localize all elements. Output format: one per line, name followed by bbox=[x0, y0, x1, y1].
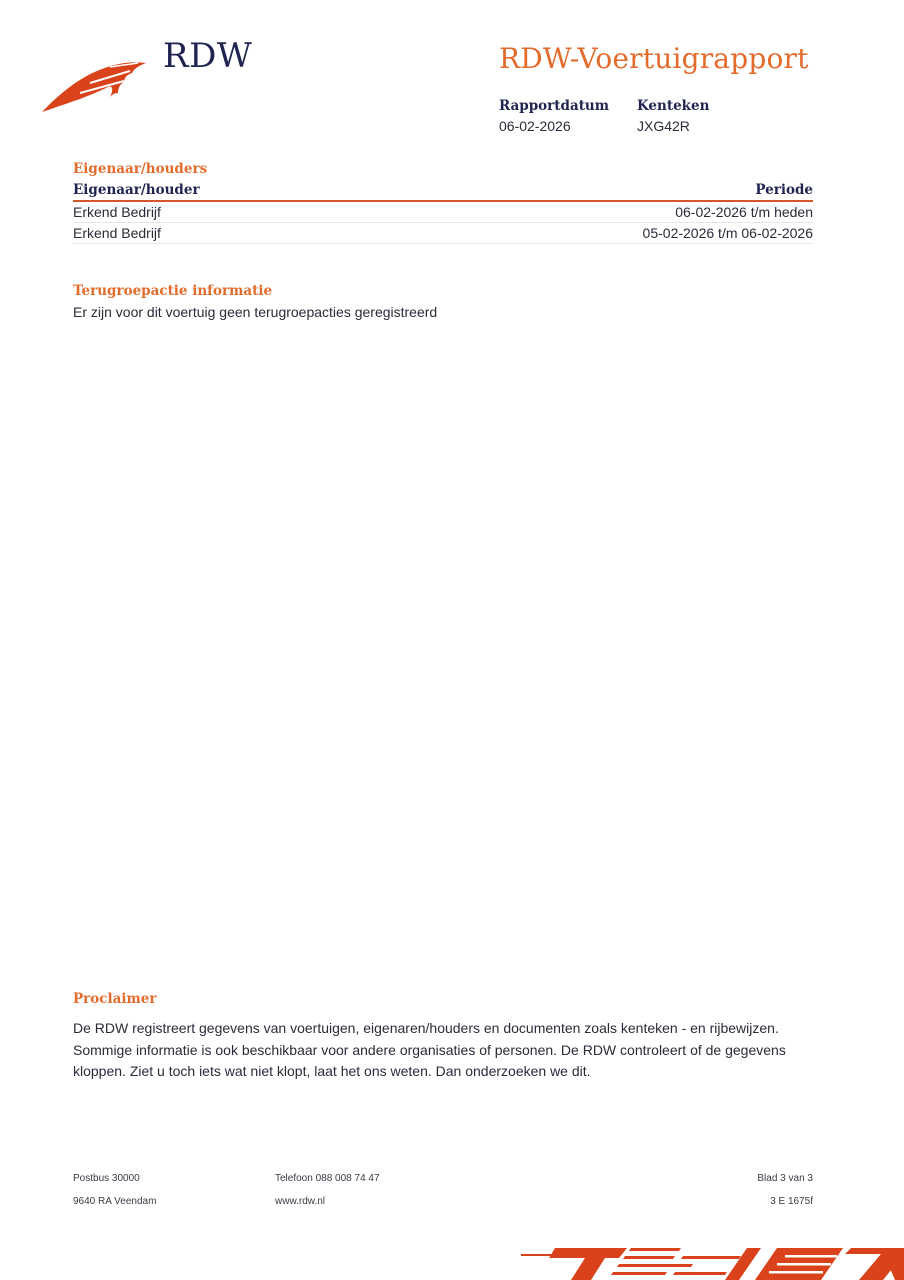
footer-address-line1: Postbus 30000 bbox=[73, 1173, 140, 1184]
footer-document-code: 3 E 1675f bbox=[770, 1196, 813, 1207]
footer-website-link[interactable]: www.rdw.nl bbox=[275, 1196, 325, 1207]
proclaimer-section-title: Proclaimer bbox=[73, 991, 156, 1007]
proclaimer-line: Sommige informatie is ook beschikbaar vo… bbox=[73, 1040, 833, 1062]
owners-section-title: Eigenaar/houders bbox=[73, 161, 207, 177]
license-plate-value: JXG42R bbox=[637, 118, 690, 134]
logo-wordmark: RDW bbox=[163, 36, 252, 76]
owner-cell: Erkend Bedrijf bbox=[73, 225, 161, 241]
table-row: Erkend Bedrijf 05-02-2026 t/m 06-02-2026 bbox=[73, 223, 813, 244]
license-plate-label: Kenteken bbox=[637, 98, 709, 114]
period-cell: 05-02-2026 t/m 06-02-2026 bbox=[643, 225, 813, 241]
report-title: RDW-Voertuigrapport bbox=[499, 42, 809, 75]
recall-text: Er zijn voor dit voertuig geen terugroep… bbox=[73, 302, 437, 324]
rdw-stripes-icon bbox=[515, 1244, 904, 1280]
rdw-logo bbox=[40, 55, 150, 115]
table-row: Erkend Bedrijf 06-02-2026 t/m heden bbox=[73, 202, 813, 223]
proclaimer-text: De RDW registreert gegevens van voertuig… bbox=[73, 1018, 833, 1083]
footer-phone: Telefoon 088 008 74 47 bbox=[275, 1173, 380, 1184]
footer-decoration bbox=[515, 1244, 904, 1280]
footer-page-number: Blad 3 van 3 bbox=[757, 1173, 813, 1184]
column-header-owner: Eigenaar/houder bbox=[73, 182, 200, 200]
owners-table-header: Eigenaar/houder Periode bbox=[73, 180, 813, 202]
report-date-label: Rapportdatum bbox=[499, 98, 609, 114]
owners-table: Eigenaar/houder Periode Erkend Bedrijf 0… bbox=[73, 180, 813, 244]
owner-cell: Erkend Bedrijf bbox=[73, 204, 161, 220]
proclaimer-line: kloppen. Ziet u toch iets wat niet klopt… bbox=[73, 1061, 833, 1083]
period-cell: 06-02-2026 t/m heden bbox=[675, 204, 813, 220]
footer-address-line2: 9640 RA Veendam bbox=[73, 1196, 156, 1207]
proclaimer-line: De RDW registreert gegevens van voertuig… bbox=[73, 1018, 833, 1040]
report-date-value: 06-02-2026 bbox=[499, 118, 571, 134]
feather-logo-icon bbox=[40, 55, 150, 115]
column-header-period: Periode bbox=[755, 182, 813, 200]
recall-section-title: Terugroepactie informatie bbox=[73, 283, 272, 299]
